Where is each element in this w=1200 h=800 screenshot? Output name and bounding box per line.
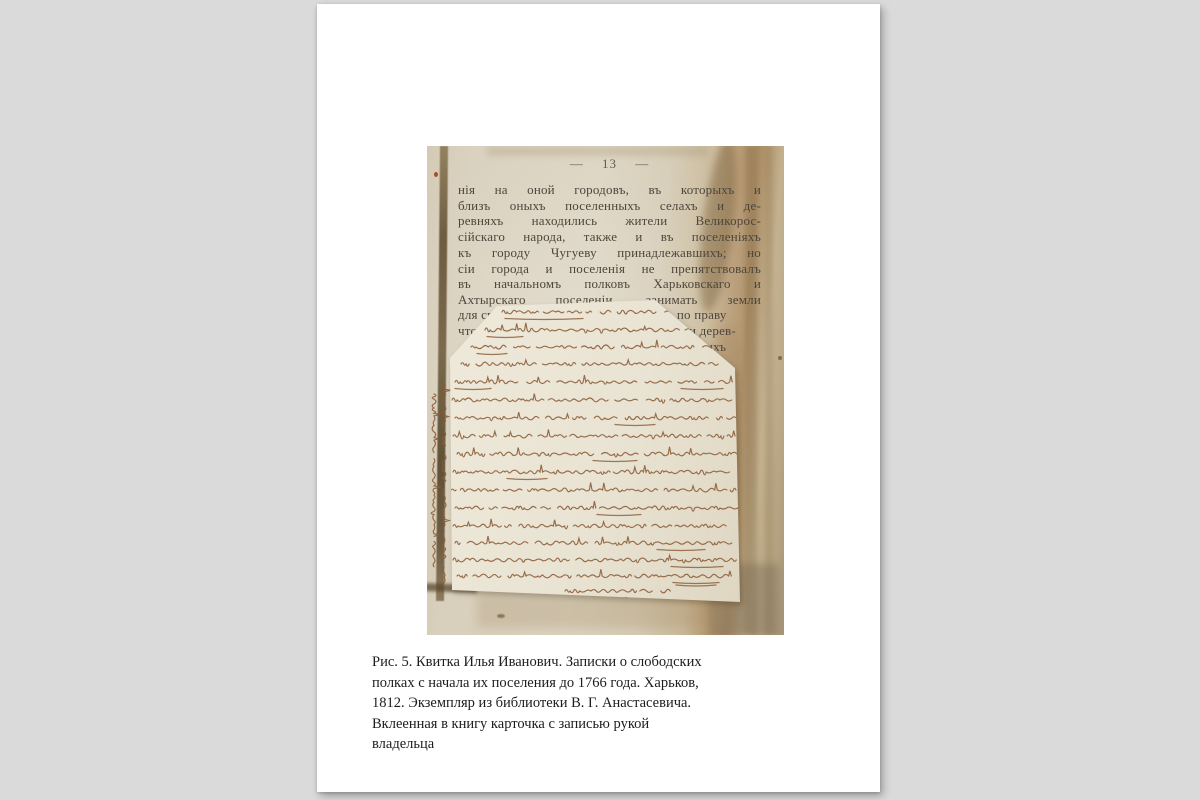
printed-line: нія на оной городовъ, въ которыхъ и [458, 182, 761, 198]
handwriting-lines [447, 298, 743, 604]
pasted-card-shadow [447, 298, 743, 604]
printed-line: сіи города и поселенія не препятствовалъ [458, 261, 761, 277]
printed-line: къ городу Чугуеву принадлежавшихъ; но [458, 245, 761, 261]
handwritten-note-card [447, 298, 743, 604]
figure-caption: Рис. 5. Квитка Илья Иванович. Записки о … [372, 652, 707, 755]
printed-line: въ начальномъ полковъ Харьковскаго и [458, 276, 761, 292]
printed-line: ревняхъ находились жители Великорос- [458, 213, 761, 229]
printed-text-block: нія на оной городовъ, въ которыхъ и близ… [458, 182, 761, 308]
printed-page-number: — 13 — [458, 157, 761, 170]
printed-line: сійскаго народа, также и въ поселеніяхъ [458, 229, 761, 245]
book-page: — 13 — нія на оной городовъ, въ которыхъ… [317, 4, 880, 792]
figure-photo: — 13 — нія на оной городовъ, въ которыхъ… [427, 146, 784, 635]
viewer-background: — 13 — нія на оной городовъ, въ которыхъ… [0, 0, 1200, 800]
printed-line: близъ оныхъ поселенныхъ селахъ и де- [458, 198, 761, 214]
